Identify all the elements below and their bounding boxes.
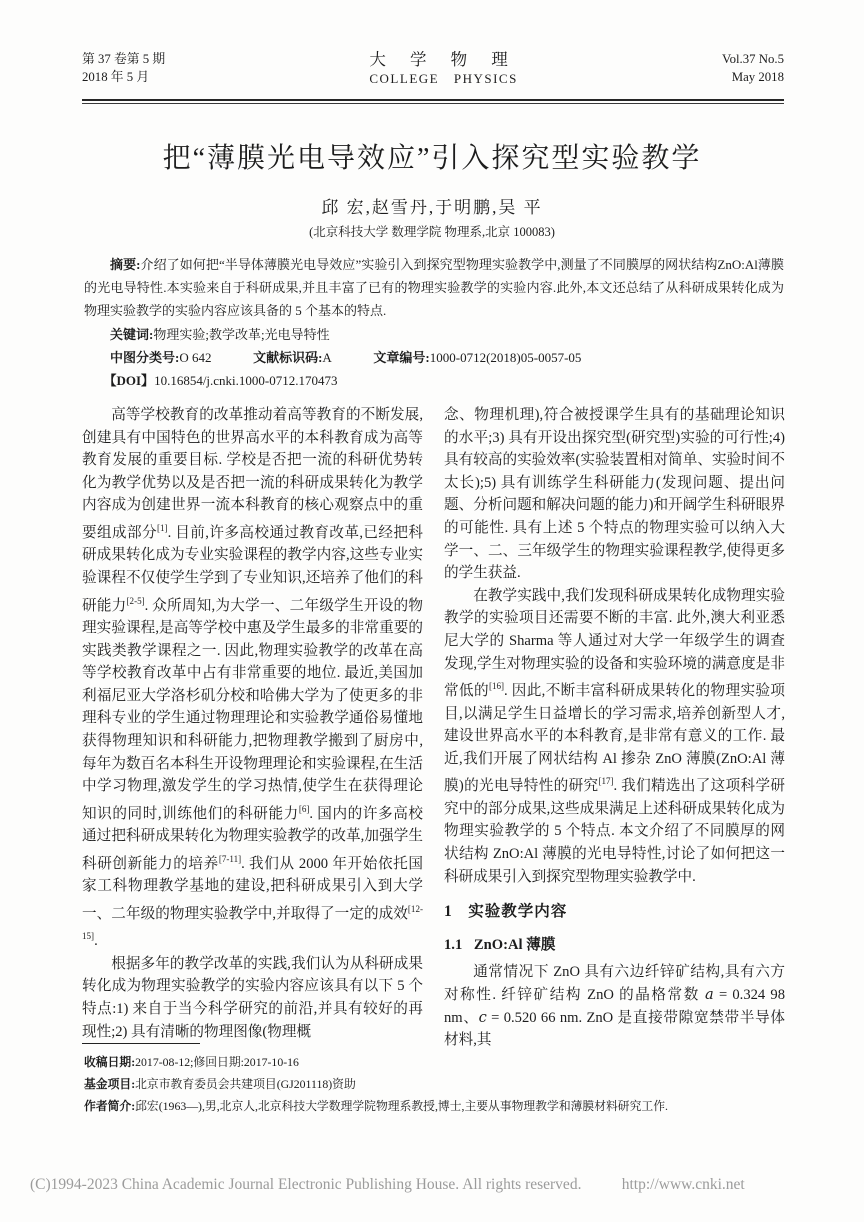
article-title: 把“薄膜光电导效应”引入探究型实验教学	[0, 136, 864, 176]
keywords-label: 关键词:	[110, 327, 153, 342]
cnki-url: http://www.cnki.net	[622, 1176, 745, 1193]
fund-label: 基金项目:	[84, 1077, 135, 1091]
received-label: 收稿日期:	[84, 1055, 135, 1069]
fund-text: 北京市教育委员会共建项目(GJ201118)资助	[135, 1077, 356, 1091]
body-paragraph: 根据多年的教学改革的实践,我们认为从科研成果转化成为物理实验教学的实验内容应该具…	[82, 953, 423, 1043]
issue-info: 第 37 卷第 5 期 2018 年 5 月	[82, 50, 165, 86]
keywords-text: 物理实验;教学改革;光电导特性	[153, 327, 329, 342]
section-1-heading: 1实验教学内容	[444, 901, 785, 924]
received-date-line: 收稿日期:2017-08-12;修回日期:2017-10-16	[84, 1052, 794, 1074]
doi-line: 【DOI】10.16854/j.cnki.1000-0712.170473	[84, 369, 784, 392]
journal-title-en: COLLEGE PHYSICS	[369, 70, 517, 88]
clc-label: 中图分类号:	[110, 350, 179, 365]
journal-title: 大 学 物 理 COLLEGE PHYSICS	[369, 50, 517, 88]
cnki-footer: (C)1994-2023 China Academic Journal Elec…	[30, 1176, 824, 1194]
classification-line: 中图分类号:O 642文献标识码:A文章编号:1000-0712(2018)05…	[84, 346, 784, 369]
article-id-value: 1000-0712(2018)05-0057-05	[430, 350, 582, 365]
authors-line: 邱 宏,赵雪丹,于明鹏,吴 平	[0, 193, 864, 218]
footnotes: 收稿日期:2017-08-12;修回日期:2017-10-16 基金项目:北京市…	[84, 1052, 794, 1117]
doc-code-value: A	[322, 350, 331, 365]
body-paragraph: 通常情况下 ZnO 具有六边纤锌矿结构,具有六方对称性. 纤锌矿结构 ZnO 的…	[444, 961, 785, 1051]
volume-info: Vol.37 No.5 May 2018	[722, 50, 784, 86]
front-matter: 摘要:介绍了如何把“半导体薄膜光电导效应”实验引入到探究型物理实验教学中,测量了…	[84, 253, 784, 392]
section-1-1-title: ZnO:Al 薄膜	[474, 937, 556, 953]
doi-label: 【DOI】	[104, 373, 155, 388]
header-rule	[82, 99, 784, 104]
section-1-number: 1	[444, 903, 453, 920]
abstract-text: 介绍了如何把“半导体薄膜光电导效应”实验引入到探究型物理实验教学中,测量了不同膜…	[84, 257, 784, 318]
abstract-paragraph: 摘要:介绍了如何把“半导体薄膜光电导效应”实验引入到探究型物理实验教学中,测量了…	[84, 253, 784, 323]
body-paragraph: 在教学实践中,我们发现科研成果转化成物理实验教学的实验项目还需要不断的丰富. 此…	[444, 585, 785, 888]
volume-line2: May 2018	[722, 68, 784, 86]
body-paragraph: 念、物理机理),符合被授课学生具有的基础理论知识的水平;3) 具有开设出探究型(…	[444, 404, 785, 585]
copyright-text: (C)1994-2023 China Academic Journal Elec…	[30, 1176, 581, 1193]
affiliation-line: (北京科技大学 数理学院 物理系,北京 100083)	[0, 222, 864, 240]
clc-value: O 642	[179, 350, 211, 365]
body-columns: 高等学校教育的改革推动着高等教育的不断发展,创建具有中国特色的世界高水平的本科教…	[82, 404, 785, 1052]
author-bio-line: 作者简介:邱宏(1963—),男,北京人,北京科技大学数理学院物理系教授,博士,…	[84, 1096, 794, 1118]
journal-header: 第 37 卷第 5 期 2018 年 5 月 大 学 物 理 COLLEGE P…	[82, 50, 784, 88]
received-text: 2017-08-12;修回日期:2017-10-16	[135, 1055, 299, 1069]
fund-line: 基金项目:北京市教育委员会共建项目(GJ201118)资助	[84, 1074, 794, 1096]
article-id-label: 文章编号:	[373, 350, 429, 365]
issue-line1: 第 37 卷第 5 期	[82, 50, 165, 68]
doi-value: 10.16854/j.cnki.1000-0712.170473	[154, 373, 337, 388]
volume-line1: Vol.37 No.5	[722, 50, 784, 68]
section-1-1-number: 1.1	[444, 937, 462, 953]
issue-line2: 2018 年 5 月	[82, 68, 165, 86]
paper-page: 第 37 卷第 5 期 2018 年 5 月 大 学 物 理 COLLEGE P…	[0, 0, 864, 1222]
bio-text: 邱宏(1963—),男,北京人,北京科技大学数理学院物理系教授,博士,主要从事物…	[135, 1099, 668, 1113]
journal-title-cn: 大 学 物 理	[369, 50, 517, 70]
body-paragraph: 高等学校教育的改革推动着高等教育的不断发展,创建具有中国特色的世界高水平的本科教…	[82, 404, 423, 953]
abstract-label: 摘要:	[110, 257, 140, 272]
left-column: 高等学校教育的改革推动着高等教育的不断发展,创建具有中国特色的世界高水平的本科教…	[82, 404, 423, 1052]
doc-code-label: 文献标识码:	[253, 350, 322, 365]
right-column: 念、物理机理),符合被授课学生具有的基础理论知识的水平;3) 具有开设出探究型(…	[444, 404, 785, 1052]
footnote-divider	[82, 1043, 200, 1044]
section-1-title: 实验教学内容	[468, 903, 567, 920]
bio-label: 作者简介:	[84, 1099, 135, 1113]
keywords-line: 关键词:物理实验;教学改革;光电导特性	[84, 323, 784, 346]
section-1-1-heading: 1.1ZnO:Al 薄膜	[444, 934, 785, 957]
